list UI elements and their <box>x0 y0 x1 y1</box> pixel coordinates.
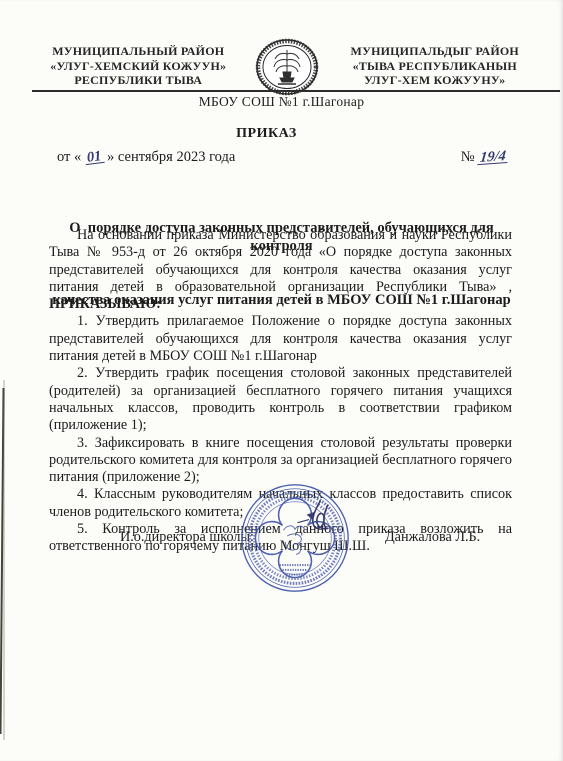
intro-text: На основании приказа Министерство образо… <box>49 227 512 295</box>
letterhead-left-line: РЕСПУБЛИКИ ТЫВА <box>36 73 241 88</box>
number-label: № <box>461 149 478 165</box>
order-heading: ПРИКАЗ <box>0 126 533 142</box>
signature-name: Данжалова Л.Б. <box>385 529 480 546</box>
intro-bold: ПРИКАЗЫВАЮ: <box>49 296 161 312</box>
letterhead-right-line: «ТЫВА РЕСПУБЛИКАНЫН <box>333 59 538 74</box>
intro-paragraph: На основании приказа Министерство образо… <box>49 227 512 313</box>
handwritten-day: 01 <box>84 150 104 165</box>
scan-edge-shadow <box>3 380 5 740</box>
handwritten-number: 19/4 <box>478 150 509 165</box>
date-prefix: от « <box>57 149 85 165</box>
order-item: 2. Утвердить график посещения столовой з… <box>49 365 512 434</box>
letterhead-left-block: МУНИЦИПАЛЬНЫЙ РАЙОН «УЛУГ-ХЕМСКИЙ КОЖУУН… <box>36 44 241 88</box>
date-suffix: » сентября 2023 года <box>103 149 235 165</box>
letterhead: МУНИЦИПАЛЬНЫЙ РАЙОН «УЛУГ-ХЕМСКИЙ КОЖУУН… <box>36 44 537 101</box>
letterhead-right-line: МУНИЦИПАЛЬДЫГ РАЙОН <box>333 44 538 59</box>
signature-role: И.о.директора школы: <box>120 529 254 546</box>
letterhead-divider <box>32 90 560 92</box>
order-number: № 19/4 <box>461 149 508 166</box>
school-round-stamp <box>237 480 353 596</box>
organization-name: МБОУ СОШ №1 г.Шагонар <box>0 94 563 110</box>
letterhead-right-line: УЛУГ-ХЕМ КОЖУУНУ» <box>333 73 538 88</box>
scanned-order-document: МУНИЦИПАЛЬНЫЙ РАЙОН «УЛУГ-ХЕМСКИЙ КОЖУУН… <box>0 0 563 761</box>
letterhead-left-line: МУНИЦИПАЛЬНЫЙ РАЙОН <box>36 44 241 59</box>
order-date: от « 01 » сентября 2023 года <box>57 149 235 166</box>
date-number-row: от « 01 » сентября 2023 года № 19/4 <box>57 149 508 166</box>
order-item: 1. Утвердить прилагаемое Положение о пор… <box>49 313 512 365</box>
order-item: 3. Зафиксировать в книге посещения столо… <box>49 435 512 487</box>
letterhead-left-line: «УЛУГ-ХЕМСКИЙ КОЖУУН» <box>36 59 241 74</box>
letterhead-right-block: МУНИЦИПАЛЬДЫГ РАЙОН «ТЫВА РЕСПУБЛИКАНЫН … <box>333 44 538 88</box>
